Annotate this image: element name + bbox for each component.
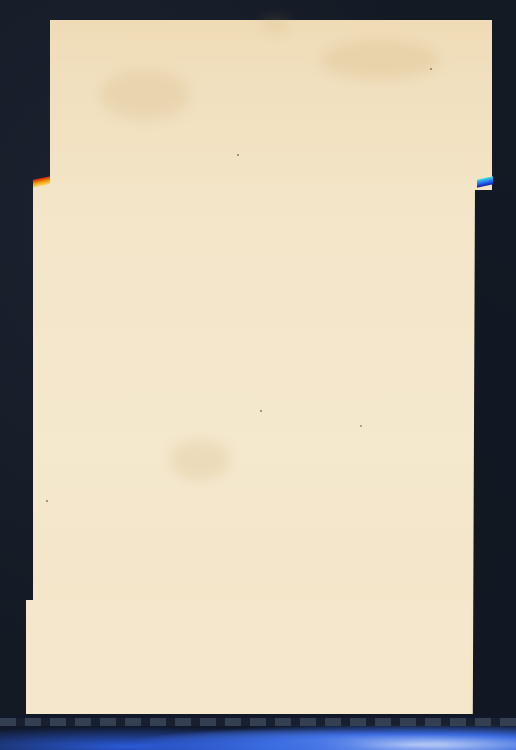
card-bottom-edge xyxy=(26,600,470,714)
paper-stain xyxy=(320,40,440,80)
paper-speck xyxy=(430,68,432,70)
paper-speck xyxy=(360,425,362,427)
paper-stain xyxy=(170,440,230,480)
paper-stain xyxy=(100,70,190,120)
paper-speck xyxy=(46,500,48,502)
paper-speck xyxy=(260,410,262,412)
paper-stain xyxy=(260,18,290,32)
scanner-edge-pattern xyxy=(0,718,516,726)
paper-speck xyxy=(237,154,239,156)
